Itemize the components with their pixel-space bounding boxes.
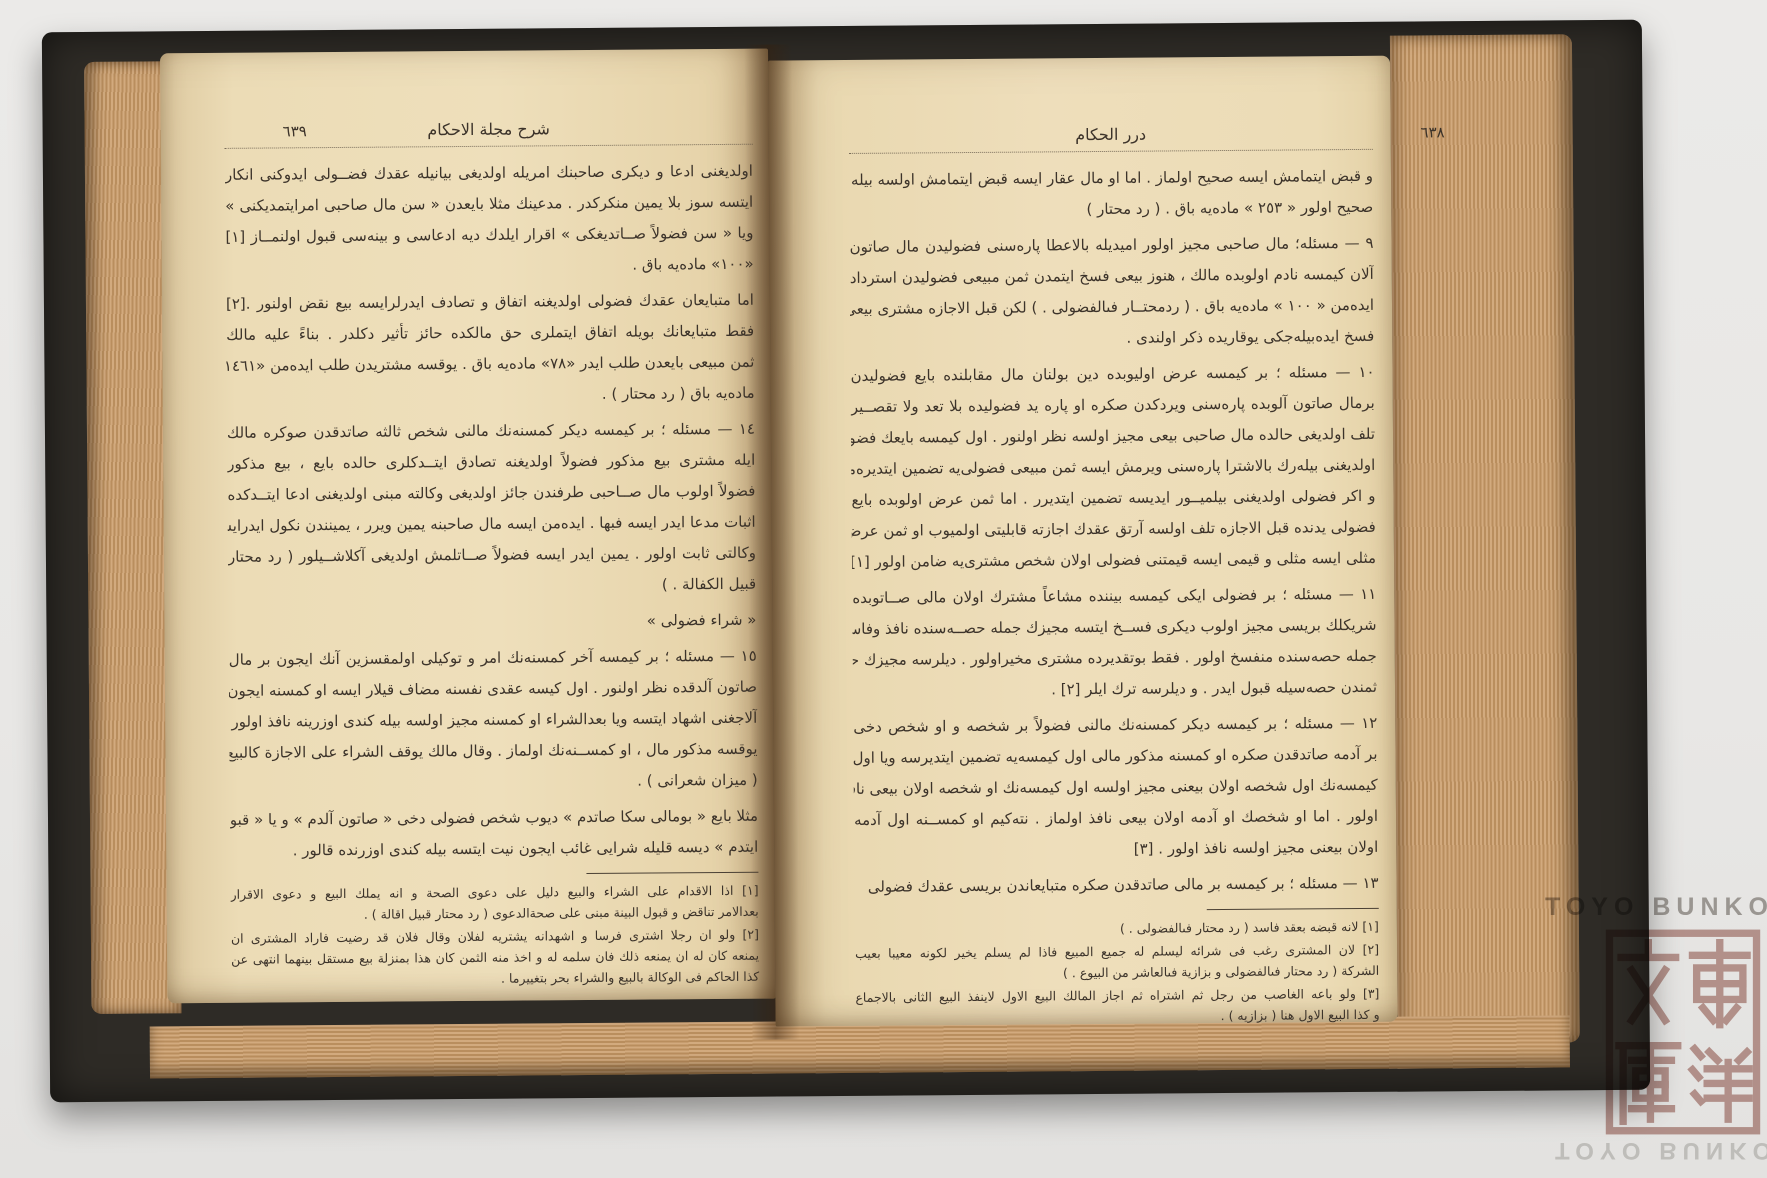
body-text-line: ثمندن حصه‌سيله قبول ايدر . و ديلرسه ترك … [853, 672, 1377, 707]
body-text-line: فسخ ايده‌بيله‌جكى يوقاريده ذكر اولندى . [850, 321, 1374, 356]
body-text-line: اولان بيعنى مجيز اولسه نافذ اولور . [٣] [854, 832, 1378, 867]
body-text-line: آلاجغنى اشهاد ايتسه ويا بعدالشراء او كمس… [229, 703, 757, 738]
body-text-line: ٩ — مسئله؛ مال صاحبى مجيز اولور اميديله … [849, 228, 1373, 263]
body-text-line: صحيح اولور « ٢٥٣ » ماده‌يه باق . ( رد مح… [849, 192, 1373, 227]
body-text-line: ( ميزان شعرانى ) . [230, 765, 758, 800]
body-text-line: شريكلك بريسى مجيز اولوب ديكرى فســخ ايتس… [852, 610, 1376, 645]
footnote-line: كذا الحاكم فى الوكالة بالبيع والشراء بحر… [231, 966, 759, 991]
paragraph: اما متبايعان عقدك فضولى اولديغنه اتفاق و… [226, 285, 755, 413]
body-text-line: بر آدمه صاتدقدن صكره او كمسنه مذكور مالى… [853, 739, 1377, 774]
footnote-line: بعدالامر تناقض و قبول البينة مبنى على صح… [231, 901, 759, 926]
body-text-line: صاتون آلدقده نظر اولنور . اول كيسه عقدى … [229, 672, 757, 707]
body-text-line: ايله مشترى بيع مذكور فضولاً اولديغنه تصا… [227, 445, 755, 480]
left-page-body: اولديغنى ادعا و ديكرى صاحبنك امريله اولد… [225, 156, 759, 867]
paragraph: ١٠ — مسئله ؛ بر كيمسه عرض اوليوبده دين ب… [850, 357, 1376, 578]
paragraph: [٣] ولو باعه الغاصب من رجل ثم اشتراه ثم … [855, 983, 1379, 1029]
paragraph: ٩ — مسئله؛ مال صاحبى مجيز اولور اميديله … [849, 228, 1374, 356]
body-text-line: وكالتى ثابت اولور . يمين ايدر ايسه فضولا… [228, 538, 756, 573]
body-text-line: جمله حصه‌سنده منفسخ اولور . فقط بوتقديرد… [853, 641, 1377, 676]
body-text-line: اولديغنى ادعا و ديكرى صاحبنك امريله اولد… [225, 156, 753, 191]
body-text-line: برمال صاتون آلوبده پاره‌سنى ويردكدن صكره… [851, 388, 1375, 423]
body-text-line: ويا « سن فضولاً صــاتديغكى » اقرار ايلدك… [225, 218, 753, 253]
body-text-line: قبيل الكفالة . ) [228, 569, 756, 604]
body-text-line: كيمسه‌نك اول شخصه اولان بيعنى مجيز اولسه… [854, 770, 1378, 805]
left-page-footnotes: [١] اذا الاقدام على الشراء والبيع دليل ع… [231, 880, 760, 991]
footnote-line: الشركة ( رد محتار فىالفضولى و بزازية فىا… [855, 960, 1379, 985]
right-footnote-separator [1207, 908, 1379, 910]
right-page-footnotes: [١] لانه قبضه بعقد فاسد ( رد محتار فىالف… [855, 916, 1380, 1029]
body-text-line: و اكر فضولى اولديغنى بيلميــور ايديسه تض… [851, 481, 1375, 516]
body-text-line: يوقسه مذكور مال ، او كمســنه‌نك اولماز .… [229, 734, 757, 769]
body-text-line: ايتدم » ديسه قليله شرايى غائب ايجون نيت … [230, 832, 758, 867]
left-page: ٦٣٩ شرح مجلة الاحكام اولديغنى ادعا و ديك… [160, 49, 775, 1004]
left-page-number: ٦٣٩ [283, 118, 307, 144]
body-text-line: و قبض ايتمامش ايسه صحيح اولماز . اما او … [849, 161, 1373, 196]
left-header-rule [225, 144, 753, 150]
paragraph: « شراء فضولى » [228, 605, 756, 640]
paragraph: و قبض ايتمامش ايسه صحيح اولماز . اما او … [849, 161, 1373, 227]
right-page-body: و قبض ايتمامش ايسه صحيح اولماز . اما او … [849, 161, 1379, 903]
body-text-line: اولديغنى بيله‌رك بالاشترا پاره‌سنى ويرمش… [851, 450, 1375, 485]
body-text-line: فضولاً اولوب مال صــاحبى طرفندن جائز اول… [227, 476, 755, 511]
right-page-header: ٦٣٨ درر الحكام [849, 120, 1373, 150]
paragraph: ١٣ — مسئله ؛ بر كيمسه بر مالى صاتدقدن صك… [854, 868, 1378, 903]
right-page-number: ٦٣٨ [1420, 119, 1444, 145]
body-text-line: فقط متبايعانك بويله اتفاق ايتملرى حق مال… [226, 316, 754, 351]
body-text-line: ١١ — مسئله ؛ بر فضولى ايكى كيمسه بيننده … [852, 579, 1376, 614]
body-text-line: ١٠ — مسئله ؛ بر كيمسه عرض اوليوبده دين ب… [850, 357, 1374, 392]
paragraph: [٢] لان المشترى رغب فى شرائه ليسلم له جم… [855, 939, 1379, 985]
body-text-line: اثبات مدعا ايدر ايسه فبها . ايده‌من ايسه… [228, 507, 756, 542]
paragraph: ١٢ — مسئله ؛ بر كيمسه ديكر كمسنه‌نك مالن… [853, 708, 1378, 867]
paragraph: ١٤ — مسئله ؛ بر كيمسه ديكر كمسنه‌نك مالن… [227, 414, 756, 604]
watermark-label-mirrored: TOYO BUNKO [1555, 1136, 1767, 1164]
open-book: ٦٣٩ شرح مجلة الاحكام اولديغنى ادعا و ديك… [42, 20, 1650, 1103]
left-page-header: ٦٣٩ شرح مجلة الاحكام [225, 115, 753, 145]
body-text-line: ١٣ — مسئله ؛ بر كيمسه بر مالى صاتدقدن صك… [854, 868, 1378, 903]
right-page: ٦٣٨ درر الحكام و قبض ايتمامش ايسه صحيح ا… [768, 56, 1398, 1027]
body-text-line: ثمن مبيعى بايعدن طلب ايدر «٧٨» ماده‌يه ب… [226, 347, 754, 382]
body-text-line: ايده‌من « ١٠٠ » ماده‌يه باق . ( ردمحتــا… [850, 290, 1374, 325]
page-edge-right [1390, 34, 1580, 1043]
right-header-rule [849, 149, 1373, 155]
left-footnote-separator [586, 872, 758, 874]
body-text-line: اما متبايعان عقدك فضولى اولديغنه اتفاق و… [226, 285, 754, 320]
right-page-title: درر الحكام [1075, 125, 1146, 145]
body-text-line: ١٤ — مسئله ؛ بر كيمسه ديكر كمسنه‌نك مالن… [227, 414, 755, 449]
body-text-line: ايتسه سوز بلا يمين منكركدر . مدعينك مثلا… [225, 187, 753, 222]
body-text-line: ماده‌يه باق ( رد محتار ) . [227, 378, 755, 413]
body-text-line: « شراء فضولى » [228, 605, 756, 640]
body-text-line: «١٠٠» ماده‌يه باق . [226, 249, 754, 284]
paragraph: [٢] ولو ان رجلا اشترى فرسا و اشهدانه يشت… [231, 924, 759, 991]
footnote-line: و كذا البيع الاول هنا ( بزازيه ) . [856, 1004, 1380, 1029]
left-page-title: شرح مجلة الاحكام [427, 119, 550, 139]
paragraph: مثلا بايع « بومالى سكا صاتدم » ديوب شخص … [230, 801, 758, 867]
paragraph: اولديغنى ادعا و ديكرى صاحبنك امريله اولد… [225, 156, 754, 284]
body-text-line: اولور . اما او شخصك او آدمه اولان بيعى ن… [854, 801, 1378, 836]
body-text-line: ١٥ — مسئله ؛ بر كيمسه آخر كمسنه‌نك امر و… [229, 641, 757, 676]
footnote-line: [١] لانه قبضه بعقد فاسد ( رد محتار فىالف… [855, 916, 1379, 941]
body-text-line: فضولى يدنده قبل الاجازه تلف اولسه آرتق ع… [852, 512, 1376, 547]
paragraph: [١] لانه قبضه بعقد فاسد ( رد محتار فىالف… [855, 916, 1379, 941]
body-text-line: آلان كيمسه نادم اولوبده مالك ، هنوز بيعى… [850, 259, 1374, 294]
paragraph: [١] اذا الاقدام على الشراء والبيع دليل ع… [231, 880, 759, 926]
body-text-line: مثلا بايع « بومالى سكا صاتدم » ديوب شخص … [230, 801, 758, 836]
body-text-line: مثلى ايسه مثلى و قيمى ايسه قيمتنى فضولى … [852, 543, 1376, 578]
paragraph: ١٥ — مسئله ؛ بر كيمسه آخر كمسنه‌نك امر و… [229, 641, 758, 800]
body-text-line: تلف اولديغى حالده مال صاحبى بيعى مجيز او… [851, 419, 1375, 454]
paragraph: ١١ — مسئله ؛ بر فضولى ايكى كيمسه بيننده … [852, 579, 1377, 707]
body-text-line: ١٢ — مسئله ؛ بر كيمسه ديكر كمسنه‌نك مالن… [853, 708, 1377, 743]
